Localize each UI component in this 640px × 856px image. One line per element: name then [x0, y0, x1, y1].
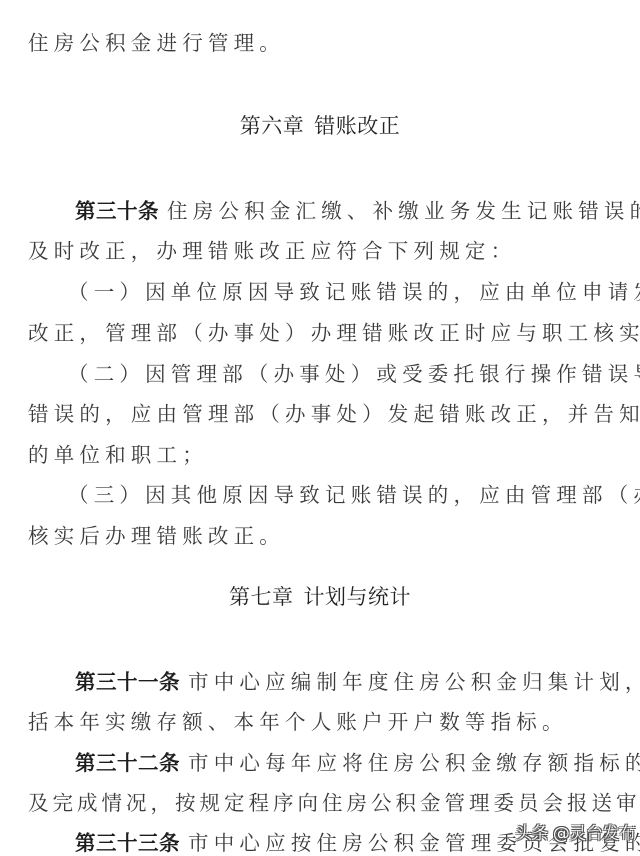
- article-label: 第三十条: [75, 199, 159, 223]
- article-30-item-2-line-2: 错误的，应由管理部（办事处）发起错账改正，并告知涉及错账: [28, 400, 618, 428]
- chapter-7-heading: 第七章计划与统计: [0, 583, 640, 611]
- chapter-title: 错账改正: [314, 114, 400, 138]
- article-label: 第三十一条: [75, 670, 180, 694]
- article-30-item-2-line-3: 的单位和职工；: [28, 441, 618, 469]
- article-31-line-1: 第三十一条市中心应编制年度住房公积金归集计划，应包: [75, 668, 620, 696]
- article-text: 市中心每年应将住房公积金缴存额指标的计划: [188, 751, 640, 775]
- article-30-item-1-line-1: （一）因单位原因导致记账错误的，应由单位申请发起错账: [68, 278, 613, 306]
- chapter-6-heading: 第六章错账改正: [0, 112, 640, 140]
- chapter-number: 第六章: [240, 114, 305, 138]
- chapter-number: 第七章: [229, 585, 294, 609]
- article-32-line-2: 及完成情况，按规定程序向住房公积金管理委员会报送审批。: [28, 789, 618, 817]
- article-text: 住房公积金汇缴、补缴业务发生记账错误的，应: [167, 199, 640, 223]
- article-30-item-3-line-2: 核实后办理错账改正。: [28, 522, 618, 550]
- article-label: 第三十三条: [75, 831, 180, 855]
- article-label: 第三十二条: [75, 751, 180, 775]
- article-31-line-2: 括本年实缴存额、本年个人账户开户数等指标。: [28, 708, 618, 736]
- article-32-line-1: 第三十二条市中心每年应将住房公积金缴存额指标的计划: [75, 749, 620, 777]
- watermark: 头条 @灵台发布: [515, 822, 635, 846]
- intro-line: 住房公积金进行管理。: [28, 29, 618, 57]
- article-30-line-2: 及时改正，办理错账改正应符合下列规定：: [28, 237, 618, 265]
- chapter-title: 计划与统计: [304, 585, 412, 609]
- article-30-item-3-line-1: （三）因其他原因导致记账错误的，应由管理部（办事处）: [68, 481, 613, 509]
- article-30-item-1-line-2: 改正，管理部（办事处）办理错账改正时应与职工核实；: [28, 319, 618, 347]
- article-text: 市中心应编制年度住房公积金归集计划，应包: [188, 670, 640, 694]
- article-30-item-2-line-1: （二）因管理部（办事处）或受委托银行操作错误导致记账: [68, 360, 613, 388]
- article-30-line-1: 第三十条住房公积金汇缴、补缴业务发生记账错误的，应: [75, 197, 620, 225]
